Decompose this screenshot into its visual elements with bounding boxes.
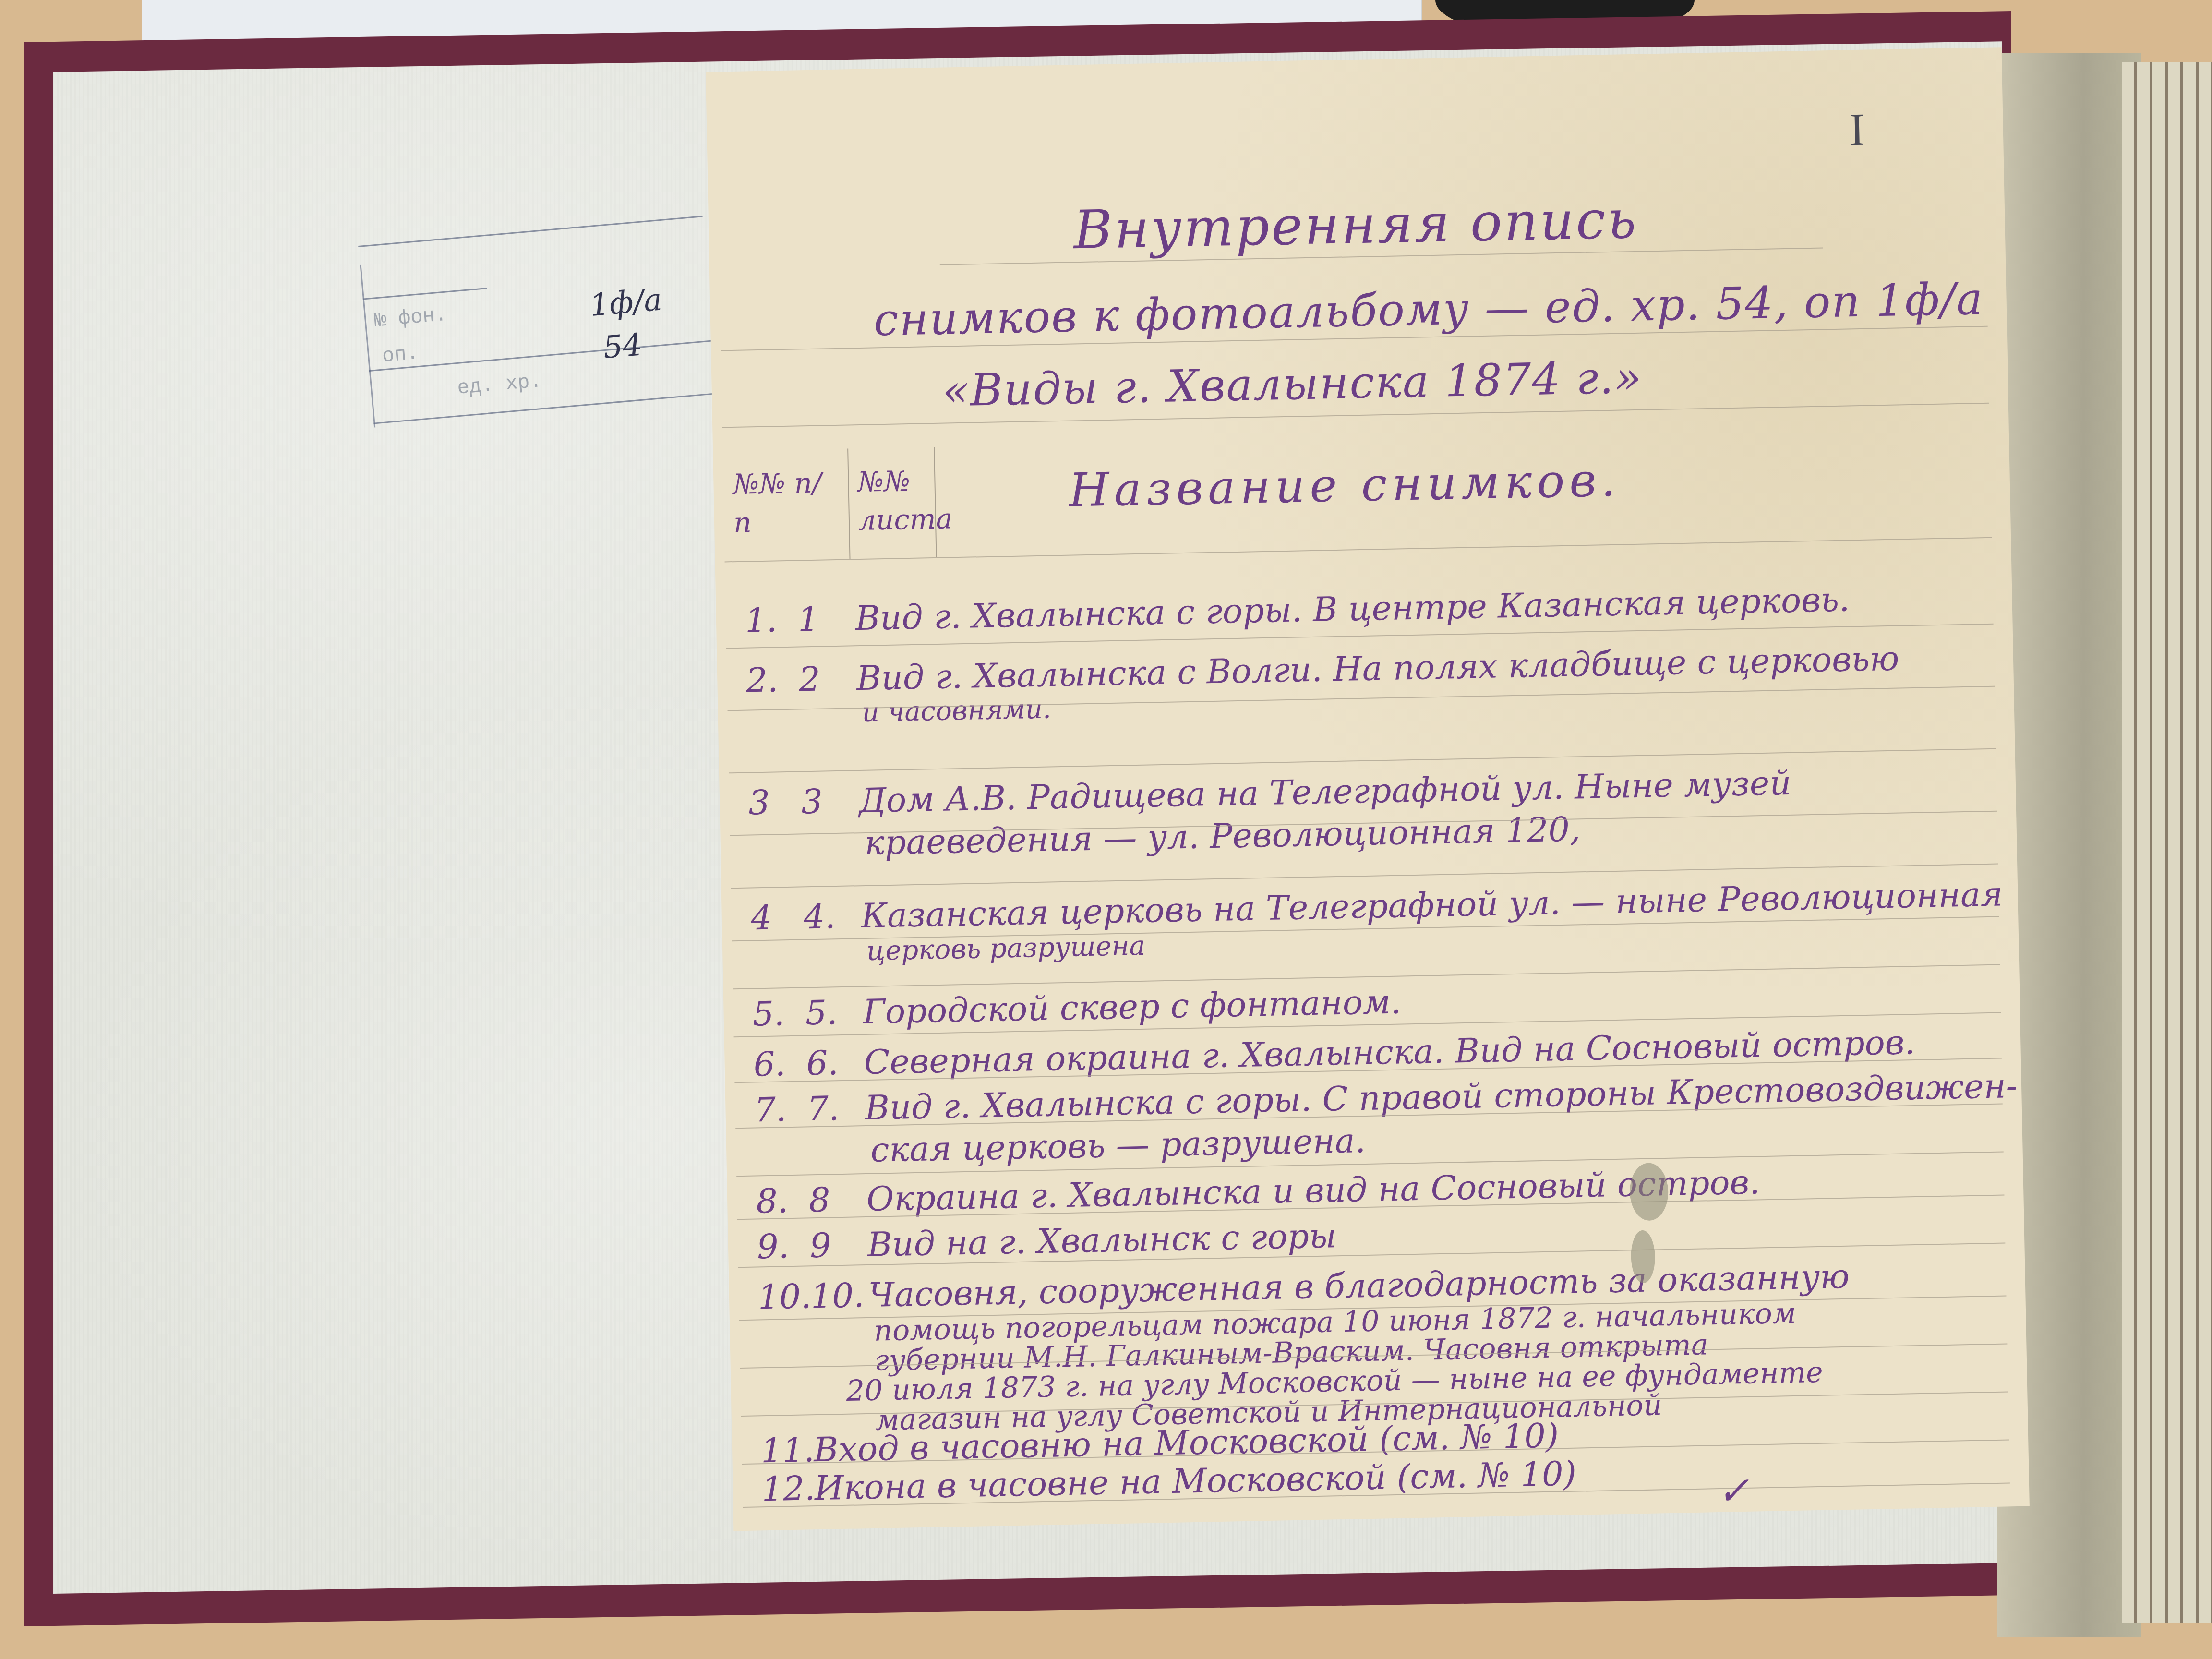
header-sheet-number: №№ листа: [857, 461, 931, 540]
header-bottom-rule: [725, 537, 1992, 563]
entry-row: 2.2Вид г. Хвалынска с Волги. На полях кл…: [746, 636, 1995, 729]
sheet-number: I: [1849, 103, 1865, 156]
entry-seq: 1.: [745, 599, 798, 642]
stamp-rule: [363, 288, 487, 300]
entry-seq: 9.: [757, 1225, 810, 1268]
entry-sheet: 4.: [803, 895, 862, 938]
stamp-rule: [369, 340, 714, 372]
entry-seq: 8.: [756, 1179, 809, 1222]
entry-text: Вид г. Хвалынска с горы. В центре Казанс…: [855, 578, 1850, 639]
column-divider: [847, 448, 850, 559]
check-mark: ✓: [1717, 1468, 1750, 1514]
entry-sheet: 6.: [806, 1041, 865, 1084]
stamp-fond-value: 1ф/а: [589, 282, 663, 324]
entry-sheet: 8: [808, 1178, 867, 1221]
header-seq-number: №№ п/п: [733, 463, 840, 542]
entry-seq: 2.: [746, 659, 800, 702]
entry-sheet: 5.: [805, 991, 864, 1034]
album-name: «Виды г. Хвалынска 1874 г.»: [942, 352, 1643, 417]
entry-row: 33Дом А.В. Радищева на Телеграфной ул. Н…: [748, 758, 1997, 866]
document-subtitle: снимков к фотоальбому — ед. хр. 54, оп 1…: [873, 273, 1984, 346]
header-name: Название снимков.: [1069, 453, 1621, 517]
stamp-fond-label: № фон.: [373, 303, 448, 333]
entry-seq: 4: [750, 896, 804, 939]
document-title: Внутренняя опись: [1073, 189, 1638, 261]
inventory-sheet: I Внутренняя опись снимков к фотоальбому…: [706, 47, 2030, 1531]
entry-seq: 3: [748, 781, 802, 824]
entry-seq: 10.: [757, 1275, 811, 1318]
entry-sheet: 7.: [807, 1087, 866, 1130]
entry-sheet: 2: [798, 657, 857, 700]
entry-seq: 5.: [752, 992, 806, 1035]
entry-sheet: 3: [801, 780, 859, 823]
stamp-unit-value: 54: [601, 327, 644, 366]
stamp-unit-label: ед. хр.: [457, 370, 543, 400]
entry-seq: 11.: [760, 1429, 814, 1472]
entry-seq: 7.: [754, 1088, 808, 1131]
entry-row: 1.1Вид г. Хвалынска с горы. В центре Каз…: [745, 576, 1993, 642]
archive-stamp: № фон. оп. ед. хр. 1ф/а 54: [357, 196, 719, 432]
entry-seq: 6.: [753, 1042, 807, 1085]
entry-text: Вид на г. Хвалынск с горы: [867, 1214, 1337, 1266]
entry-sheet: 1: [797, 597, 856, 640]
entry-sheet: 9: [809, 1224, 868, 1267]
entry-seq: 12.: [761, 1467, 815, 1510]
album-page-edges: [2122, 62, 2212, 1623]
stamp-opis-label: оп.: [381, 342, 420, 368]
entry-sheet: 10.: [810, 1274, 869, 1317]
